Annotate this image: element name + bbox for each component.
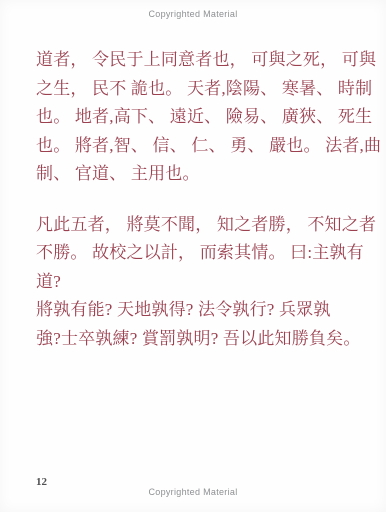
text-line: 道者， 令民于上同意者也， 可與之死， 可與 <box>36 46 366 75</box>
body-text: 道者， 令民于上同意者也， 可與之死， 可與 之生， 民不 詭也。 天者,陰陽、… <box>36 46 366 353</box>
book-page: Copyrighted Material 道者， 令民于上同意者也， 可與之死，… <box>0 0 386 512</box>
text-line: 制、 官道、 主用也。 <box>36 160 366 189</box>
copyright-notice-top: Copyrighted Material <box>0 9 386 19</box>
text-line: 之生， 民不 詭也。 天者,陰陽、 寒暑、 時制 <box>36 75 366 104</box>
text-line: 道? <box>36 268 366 297</box>
paragraph-3: 將孰有能? 天地孰得? 法令孰行? 兵眾孰 強?士卒孰練? 賞罰孰明? 吾以此知… <box>36 296 366 353</box>
text-line: 強?士卒孰練? 賞罰孰明? 吾以此知勝負矣。 <box>36 325 366 354</box>
paragraph-1: 道者， 令民于上同意者也， 可與之死， 可與 之生， 民不 詭也。 天者,陰陽、… <box>36 46 366 189</box>
paragraph-2: 凡此五者， 將莫不聞， 知之者勝， 不知之者 不勝。 故校之以計， 而索其情。 … <box>36 211 366 297</box>
text-line: 凡此五者， 將莫不聞， 知之者勝， 不知之者 <box>36 211 366 240</box>
text-line: 將孰有能? 天地孰得? 法令孰行? 兵眾孰 <box>36 296 366 325</box>
text-line: 也。 地者,高下、 遠近、 險易、 廣狹、 死生 <box>36 103 366 132</box>
text-line: 也。 將者,智、 信、 仁、 勇、 嚴也。 法者,曲 <box>36 132 366 161</box>
copyright-notice-bottom: Copyrighted Material <box>0 487 386 497</box>
text-line: 不勝。 故校之以計， 而索其情。 曰:主孰有 <box>36 239 366 268</box>
